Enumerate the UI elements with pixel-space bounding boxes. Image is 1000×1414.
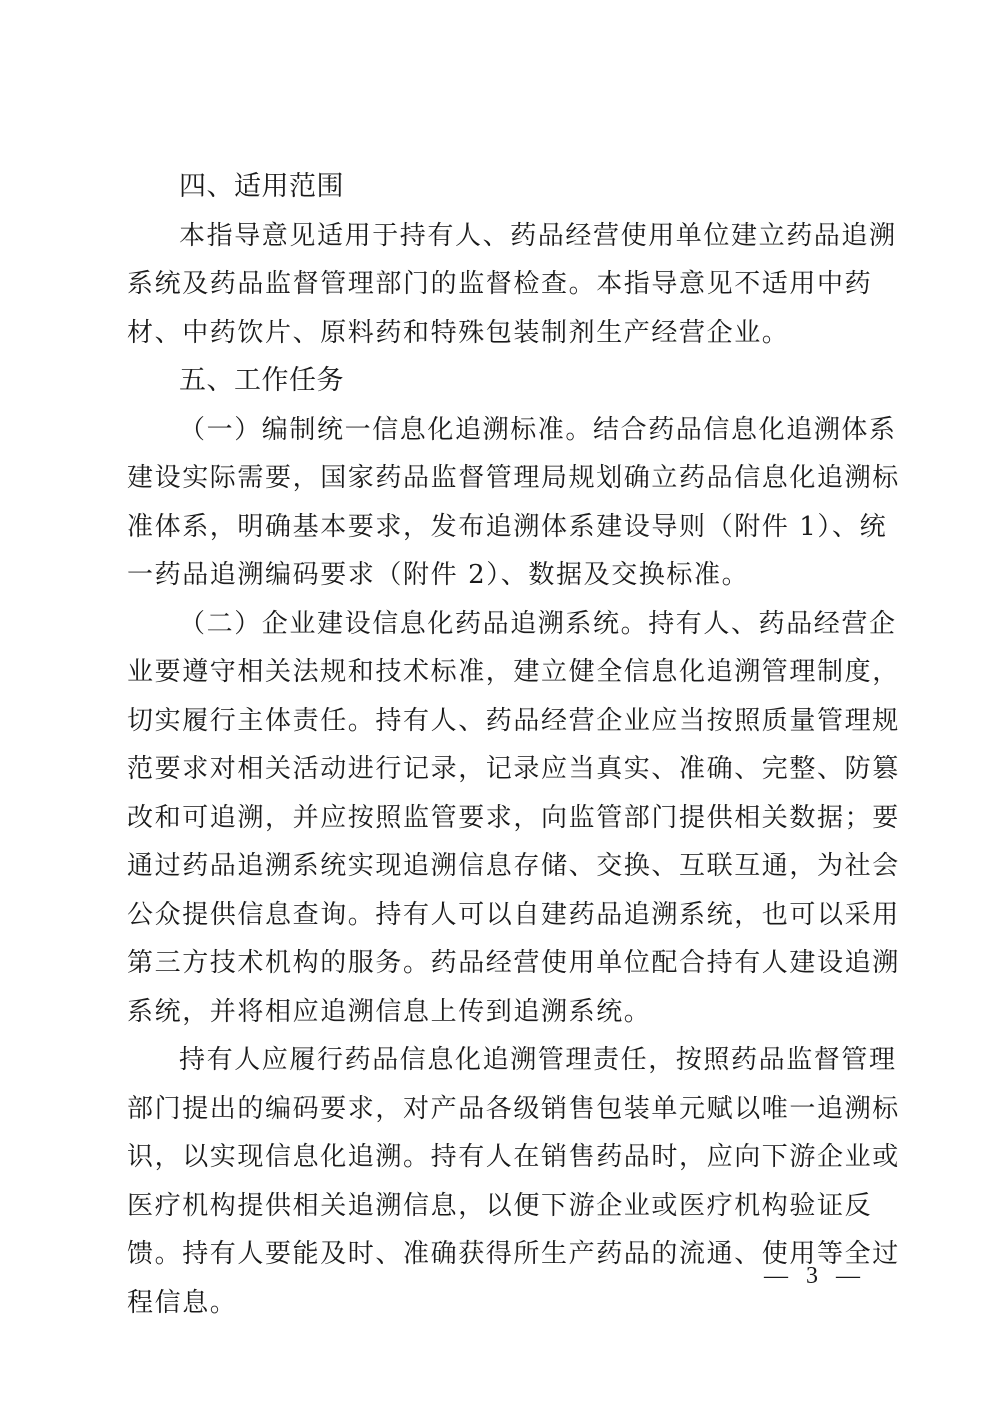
paragraph-scope: 本指导意见适用于持有人、药品经营使用单位建立药品追溯 系统及药品监督管理部门的监… [127, 212, 875, 358]
text-line: （一）编制统一信息化追溯标准。结合药品信息化追溯体系 [127, 406, 875, 455]
text-line: 准体系，明确基本要求，发布追溯体系建设导则（附件 1）、统 [127, 503, 875, 552]
document-body: 四、适用范围 本指导意见适用于持有人、药品经营使用单位建立药品追溯 系统及药品监… [127, 163, 875, 1327]
text-line: 医疗机构提供相关追溯信息，以便下游企业或医疗机构验证反 [127, 1182, 875, 1231]
text-line: 识，以实现信息化追溯。持有人在销售药品时，应向下游企业或 [127, 1133, 875, 1182]
text-line: 一药品追溯编码要求（附件 2）、数据及交换标准。 [127, 551, 875, 600]
text-line: 切实履行主体责任。持有人、药品经营企业应当按照质量管理规 [127, 697, 875, 746]
paragraph-standards: （一）编制统一信息化追溯标准。结合药品信息化追溯体系 建设实际需要，国家药品监督… [127, 406, 875, 600]
text-span: 结合药品信息化追溯体系 [593, 415, 897, 445]
text-line: 系统，并将相应追溯信息上传到追溯系统。 [127, 988, 875, 1037]
section-heading-scope: 四、适用范围 [127, 163, 875, 212]
text-line: 通过药品追溯系统实现追溯信息存储、交换、互联互通，为社会 [127, 842, 875, 891]
text-line: 馈。持有人要能及时、准确获得所生产药品的流通、使用等全过 [127, 1230, 875, 1279]
text-line: 部门提出的编码要求，对产品各级销售包装单元赋以唯一追溯标 [127, 1085, 875, 1134]
text-line: 持有人应履行药品信息化追溯管理责任，按照药品监督管理 [127, 1036, 875, 1085]
subheading-standards: （一）编制统一信息化追溯标准。 [179, 415, 593, 445]
paragraph-enterprise-system: （二）企业建设信息化药品追溯系统。持有人、药品经营企 业要遵守相关法规和技术标准… [127, 600, 875, 1037]
text-line: 系统及药品监督管理部门的监督检查。本指导意见不适用中药 [127, 260, 875, 309]
text-line: 本指导意见适用于持有人、药品经营使用单位建立药品追溯 [127, 212, 875, 261]
text-line: （二）企业建设信息化药品追溯系统。持有人、药品经营企 [127, 600, 875, 649]
section-heading-tasks: 五、工作任务 [127, 357, 875, 406]
text-line: 范要求对相关活动进行记录，记录应当真实、准确、完整、防篡 [127, 745, 875, 794]
text-line: 程信息。 [127, 1279, 875, 1328]
text-line: 第三方技术机构的服务。药品经营使用单位配合持有人建设追溯 [127, 939, 875, 988]
text-span: 持有人、药品经营企 [648, 609, 896, 639]
subheading-enterprise-system: （二）企业建设信息化药品追溯系统。 [179, 609, 648, 639]
text-line: 公众提供信息查询。持有人可以自建药品追溯系统，也可以采用 [127, 891, 875, 940]
text-line: 建设实际需要，国家药品监督管理局规划确立药品信息化追溯标 [127, 454, 875, 503]
page-number: — 3 — [764, 1263, 866, 1290]
paragraph-holder-responsibility: 持有人应履行药品信息化追溯管理责任，按照药品监督管理 部门提出的编码要求，对产品… [127, 1036, 875, 1327]
text-line: 材、中药饮片、原料药和特殊包装制剂生产经营企业。 [127, 309, 875, 358]
document-page: 四、适用范围 本指导意见适用于持有人、药品经营使用单位建立药品追溯 系统及药品监… [0, 0, 1000, 1414]
text-line: 改和可追溯，并应按照监管要求，向监管部门提供相关数据；要 [127, 794, 875, 843]
text-line: 业要遵守相关法规和技术标准，建立健全信息化追溯管理制度， [127, 648, 875, 697]
